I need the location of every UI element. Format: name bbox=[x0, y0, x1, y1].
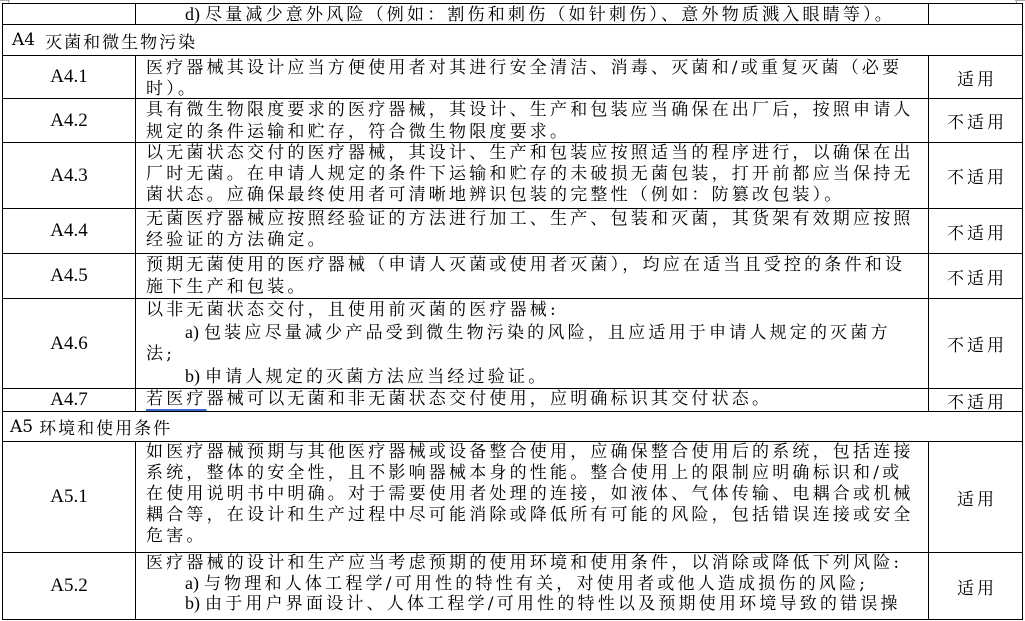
requirements-table: d)尽量减少意外风险（例如：割伤和刺伤（如针刺伤）、意外物质溅入眼睛等）。 A4… bbox=[2, 3, 1023, 620]
requirement-line: d)尽量减少意外风险（例如：割伤和刺伤（如针刺伤）、意外物质溅入眼睛等）。 bbox=[146, 4, 928, 24]
requirement-cell: d)尽量减少意外风险（例如：割伤和刺伤（如针刺伤）、意外物质溅入眼睛等）。 bbox=[136, 4, 929, 24]
requirement-cell: 若医疗器械可以无菌和非无菌状态交付使用，应明确标识其交付状态。 bbox=[136, 389, 929, 411]
requirement-line: 以非无菌状态交付，且使用前灭菌的医疗器械: bbox=[146, 299, 928, 321]
list-marker: a) bbox=[185, 322, 199, 342]
section-header-a4: A4 灭菌和微生物污染 bbox=[3, 25, 1023, 56]
clause-id: A4.4 bbox=[3, 209, 136, 253]
requirement-line: 经验证的方法确定。 bbox=[146, 230, 928, 251]
applicability-status: 不适用 bbox=[929, 254, 1023, 298]
section-title: A4 灭菌和微生物污染 bbox=[3, 25, 1023, 55]
requirement-line: 规定的条件运输和贮存，符合微生物限度要求。 bbox=[146, 121, 928, 142]
requirement-line: 医疗器械的设计和生产应当考虑预期的使用环境和使用条件，以消除或降低下列风险: bbox=[146, 553, 928, 573]
section-title: A5 环境和使用条件 bbox=[3, 412, 1023, 441]
section-title-text: 灭菌和微生物污染 bbox=[45, 28, 197, 53]
applicability-status: 适用 bbox=[929, 442, 1023, 552]
table-row: A4.3 以无菌状态交付的医疗器械，其设计、生产和包装应按照适当的程序进行，以确… bbox=[3, 143, 1023, 209]
requirement-text: 申请人规定的灭菌方法应当经过验证。 bbox=[205, 367, 548, 387]
clause-id-cell bbox=[3, 4, 136, 24]
clause-id: A4.1 bbox=[3, 56, 136, 98]
requirement-cell: 无菌医疗器械应按照经验证的方法进行加工、生产、包装和灭菌，其货架有效期应按照 经… bbox=[136, 209, 929, 253]
table-row: A4.1 医疗器械其设计应当方便使用者对其进行安全清洁、消毒、灭菌和/或重复灭菌… bbox=[3, 56, 1023, 99]
requirement-line: 具有微生物限度要求的医疗器械，其设计、生产和包装应当确保在出厂后，按照申请人 bbox=[146, 99, 928, 121]
applicability-status: 不适用 bbox=[929, 99, 1023, 142]
requirement-text: 与物理和人体工程学/可用性的特性有关，对使用者或他人造成损伤的风险; bbox=[204, 574, 868, 594]
clause-id: A4.5 bbox=[3, 254, 136, 298]
requirement-line: 若医疗器械可以无菌和非无菌状态交付使用，应明确标识其交付状态。 bbox=[146, 389, 928, 410]
requirement-line: 耦合等，在设计和生产过程中尽可能消除或降低所有可能的风险，包括错误连接或安全 bbox=[146, 505, 928, 526]
table-row: A4.6 以非无菌状态交付，且使用前灭菌的医疗器械: a)包装应尽量减少产品受到… bbox=[3, 299, 1023, 389]
applicability-status: 不适用 bbox=[929, 299, 1023, 388]
requirement-cell: 医疗器械的设计和生产应当考虑预期的使用环境和使用条件，以消除或降低下列风险: a… bbox=[136, 553, 929, 619]
table-row: A5.1 如医疗器械预期与其他医疗器械或设备整合使用，应确保整合使用后的系统，包… bbox=[3, 442, 1023, 553]
applicability-status: 不适用 bbox=[929, 209, 1023, 253]
section-code: A4 bbox=[12, 30, 35, 50]
list-marker: b) bbox=[185, 593, 200, 613]
clause-id: A4.3 bbox=[3, 143, 136, 208]
applicability-cell bbox=[929, 4, 1023, 24]
applicability-status: 适用 bbox=[929, 553, 1023, 619]
requirement-line: 菌状态。应确保最终使用者可清晰地辨识包装的完整性（例如：防篡改包装）。 bbox=[146, 185, 928, 206]
requirement-line: a)包装应尽量减少产品受到微生物污染的风险，且应适用于申请人规定的灭菌方 bbox=[146, 321, 928, 343]
requirement-cell: 以无菌状态交付的医疗器械，其设计、生产和包装应按照适当的程序进行，以确保在出 厂… bbox=[136, 143, 929, 208]
applicability-status: 不适用 bbox=[929, 143, 1023, 208]
requirement-line: b)申请人规定的灭菌方法应当经过验证。 bbox=[146, 365, 928, 387]
clause-id: A4.7 bbox=[3, 389, 136, 411]
requirement-cell: 如医疗器械预期与其他医疗器械或设备整合使用，应确保整合使用后的系统，包括连接 系… bbox=[136, 442, 929, 552]
requirement-line: a)与物理和人体工程学/可用性的特性有关，对使用者或他人造成损伤的风险; bbox=[146, 573, 928, 593]
underlined-text: 若医疗 bbox=[146, 389, 207, 409]
table-row-continuation: d)尽量减少意外风险（例如：割伤和刺伤（如针刺伤）、意外物质溅入眼睛等）。 bbox=[3, 4, 1023, 25]
clause-id: A4.6 bbox=[3, 299, 136, 388]
list-marker: b) bbox=[185, 366, 200, 386]
table-row: A4.7 若医疗器械可以无菌和非无菌状态交付使用，应明确标识其交付状态。 不适用 bbox=[3, 389, 1023, 412]
requirement-line: 施下生产和包装。 bbox=[146, 276, 928, 298]
requirement-line: 以无菌状态交付的医疗器械，其设计、生产和包装应按照适当的程序进行，以确保在出 bbox=[146, 143, 928, 164]
requirement-line: 无菌医疗器械应按照经验证的方法进行加工、生产、包装和灭菌，其货架有效期应按照 bbox=[146, 209, 928, 230]
requirement-text: 尽量减少意外风险（例如：割伤和刺伤（如针刺伤）、意外物质溅入眼睛等）。 bbox=[205, 5, 895, 24]
requirement-text: 器械可以无菌和非无菌状态交付使用，应明确标识其交付状态。 bbox=[207, 389, 773, 409]
requirement-text: 由于用户界面设计、人体工程学/可用性的特性以及预期使用环境导致的错误操 bbox=[205, 594, 901, 614]
requirement-cell: 具有微生物限度要求的医疗器械，其设计、生产和包装应当确保在出厂后，按照申请人 规… bbox=[136, 99, 929, 142]
requirement-line: 医疗器械其设计应当方便使用者对其进行安全清洁、消毒、灭菌和/或重复灭菌（必要 bbox=[146, 58, 928, 79]
requirement-cell: 预期无菌使用的医疗器械（申请人灭菌或使用者灭菌），均应在适当且受控的条件和设 施… bbox=[136, 254, 929, 298]
requirement-line: 厂时无菌。在申请人规定的条件下运输和贮存的未破损无菌包装，打开前都应当保持无 bbox=[146, 164, 928, 185]
requirement-line: 时）。 bbox=[146, 79, 928, 98]
requirement-cell: 医疗器械其设计应当方便使用者对其进行安全清洁、消毒、灭菌和/或重复灭菌（必要 时… bbox=[136, 56, 929, 98]
requirement-line: 在使用说明书中明确。对于需要使用者处理的连接，如液体、气体传输、电耦合或机械 bbox=[146, 484, 928, 505]
requirement-line: 法; bbox=[146, 343, 928, 365]
table-row: A5.2 医疗器械的设计和生产应当考虑预期的使用环境和使用条件，以消除或降低下列… bbox=[3, 553, 1023, 620]
applicability-status: 适用 bbox=[929, 56, 1023, 98]
section-code: A5 bbox=[10, 417, 33, 437]
table-row: A4.2 具有微生物限度要求的医疗器械，其设计、生产和包装应当确保在出厂后，按照… bbox=[3, 99, 1023, 143]
section-title-text: 环境和使用条件 bbox=[39, 414, 172, 439]
table-row: A4.5 预期无菌使用的医疗器械（申请人灭菌或使用者灭菌），均应在适当且受控的条… bbox=[3, 254, 1023, 299]
section-header-a5: A5 环境和使用条件 bbox=[3, 412, 1023, 442]
clause-id: A5.1 bbox=[3, 442, 136, 552]
requirement-line: 危害。 bbox=[146, 526, 928, 547]
list-marker: a) bbox=[185, 573, 199, 593]
clause-id: A4.2 bbox=[3, 99, 136, 142]
list-marker: d) bbox=[185, 4, 200, 24]
requirement-line: 如医疗器械预期与其他医疗器械或设备整合使用，应确保整合使用后的系统，包括连接 bbox=[146, 442, 928, 463]
requirement-text: 包装应尽量减少产品受到微生物污染的风险，且应适用于申请人规定的灭菌方 bbox=[204, 323, 891, 343]
requirement-cell: 以非无菌状态交付，且使用前灭菌的医疗器械: a)包装应尽量减少产品受到微生物污染… bbox=[136, 299, 929, 388]
applicability-status: 不适用 bbox=[929, 389, 1023, 411]
table-row: A4.4 无菌医疗器械应按照经验证的方法进行加工、生产、包装和灭菌，其货架有效期… bbox=[3, 209, 1023, 254]
requirement-line: 系统，整体的安全性，且不影响器械本身的性能。整合使用上的限制应明确标识和/或 bbox=[146, 463, 928, 484]
requirement-line: 预期无菌使用的医疗器械（申请人灭菌或使用者灭菌），均应在适当且受控的条件和设 bbox=[146, 254, 928, 276]
requirement-line: b)由于用户界面设计、人体工程学/可用性的特性以及预期使用环境导致的错误操 bbox=[146, 593, 928, 613]
clause-id: A5.2 bbox=[3, 553, 136, 619]
